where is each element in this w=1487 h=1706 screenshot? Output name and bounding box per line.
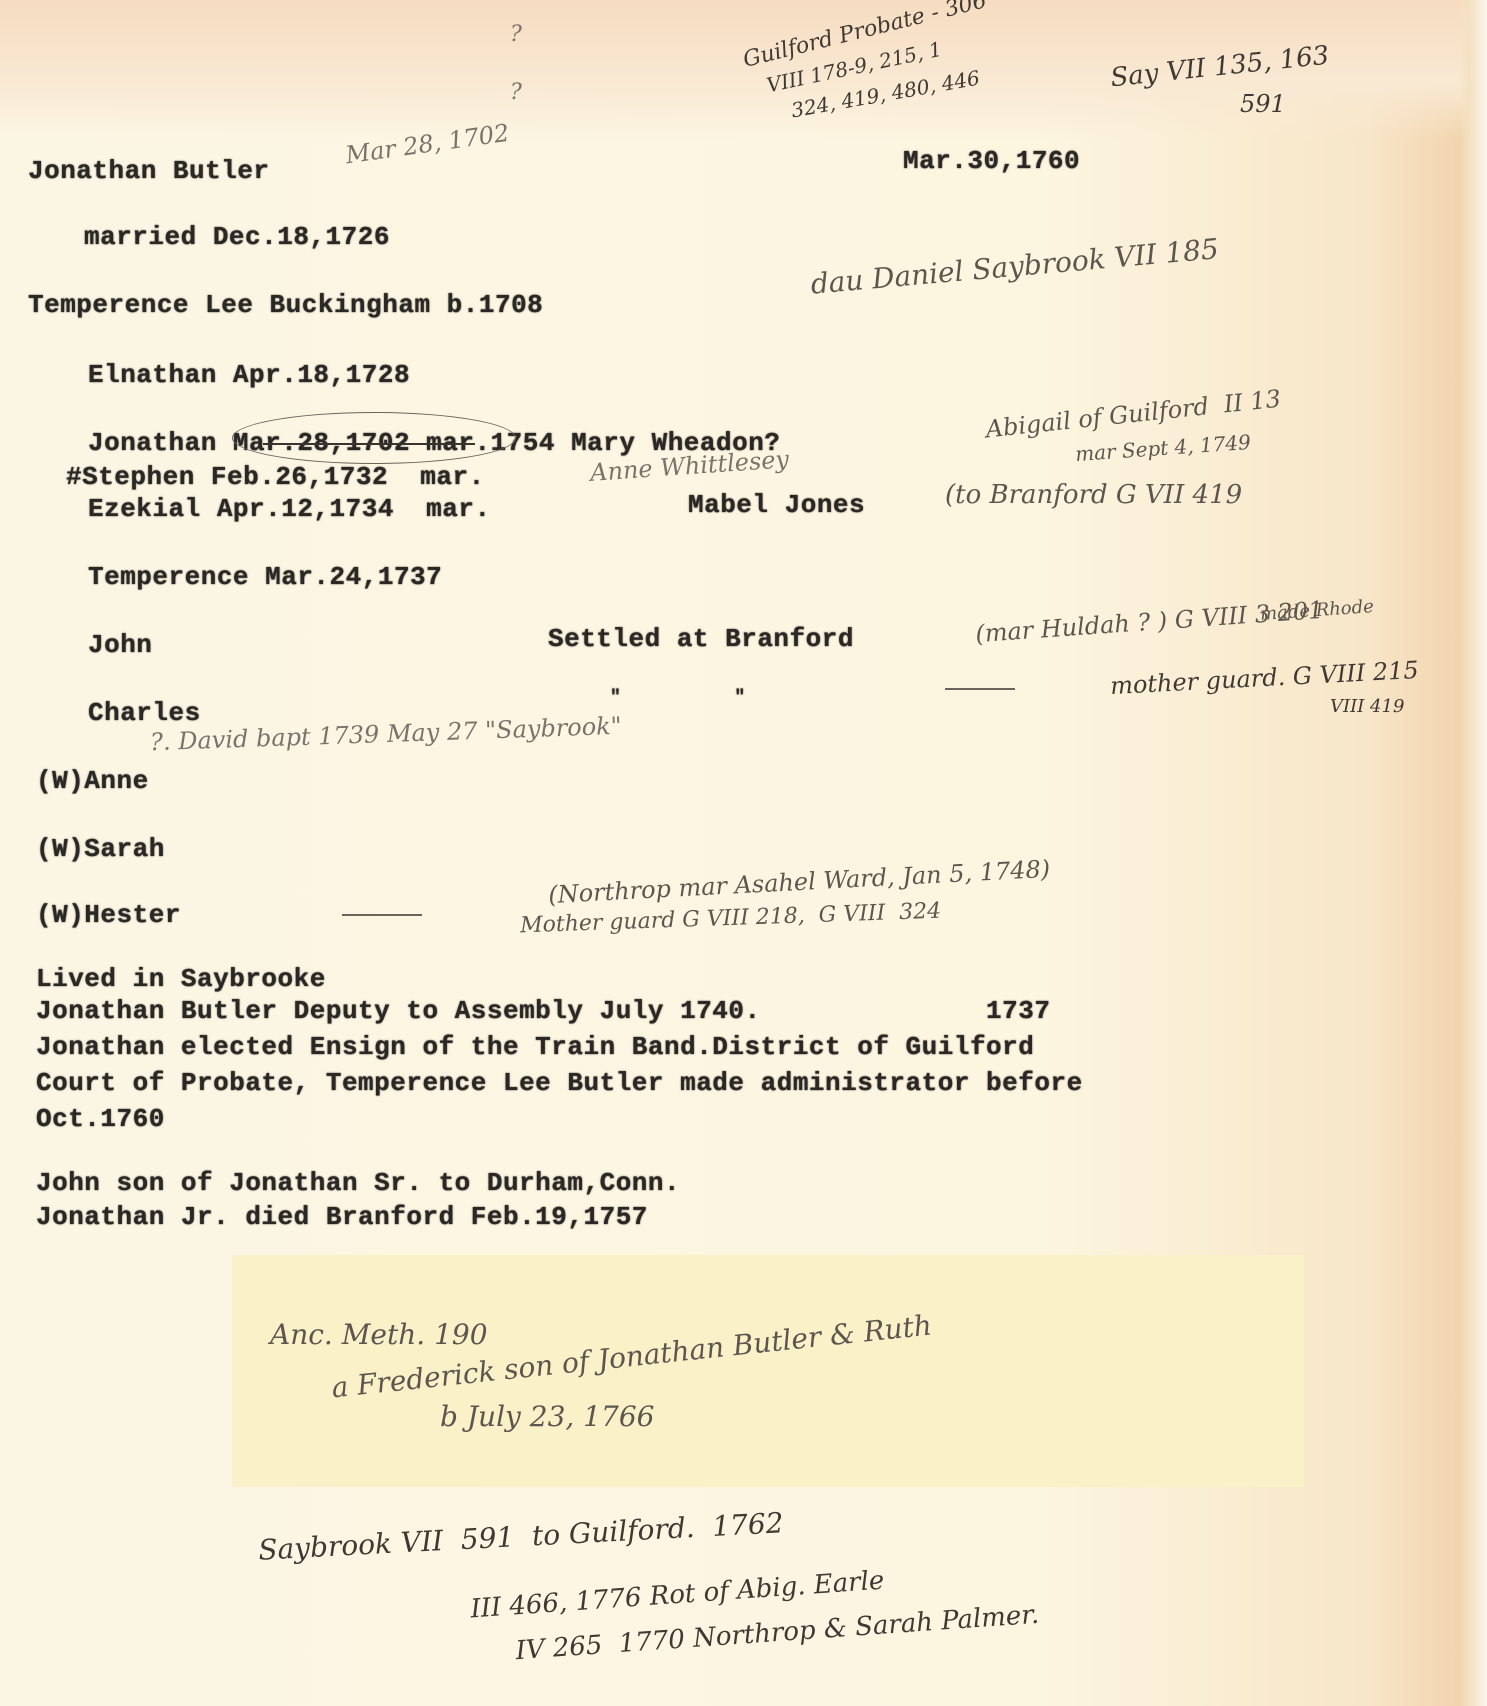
note-line-4: Court of Probate, Temperence Lee Butler … [36, 1068, 1083, 1098]
child-hester: (W)Hester [36, 900, 181, 930]
hw-ezekial-branford: (to Branford G VII 419 [945, 480, 1242, 510]
hw-question-2: ? [510, 80, 522, 105]
john-settled-note: Settled at Branford [548, 624, 854, 654]
hw-bottom-saybrook: Saybrook VII 591 to Guilford. 1762 [257, 1506, 784, 1566]
ezekial-spouse: Mabel Jones [688, 490, 865, 520]
hw-dash-hester [342, 914, 422, 916]
child-temperence: Temperence Mar.24,1737 [88, 562, 442, 592]
note-line-5: Oct.1760 [36, 1104, 165, 1134]
hw-mother-guardian: mother guard. G VIII 215 [1109, 656, 1419, 700]
hw-dash [945, 688, 1015, 690]
child-john: John [88, 630, 152, 660]
hw-question-1: ? [510, 22, 522, 47]
person-name: Jonathan Butler [28, 156, 270, 186]
child-ezekial: Ezekial Apr.12,1734 mar. [88, 494, 491, 524]
hw-mother-guardian-2: VIII 419 [1330, 696, 1404, 717]
child-anne: (W)Anne [36, 766, 149, 796]
marriage-line: married Dec.18,1726 [84, 222, 390, 252]
note-line-3: Jonathan elected Ensign of the Train Ban… [36, 1032, 1034, 1062]
child-stephen: #Stephen Feb.26,1732 mar. [66, 462, 485, 492]
note-line-1: Lived in Saybrooke [36, 964, 326, 994]
spouse-line: Temperence Lee Buckingham b.1708 [28, 290, 543, 320]
pencil-circle [232, 412, 516, 464]
footer-note-1: John son of Jonathan Sr. to Durham,Conn. [36, 1168, 680, 1198]
death-date: Mar.30,1760 [903, 146, 1080, 176]
hw-jonathan-marriage: mar Sept 4, 1749 [1074, 430, 1251, 466]
hw-hester-note-1: (Northrop mar Asahel Ward, Jan 5, 1748) [548, 855, 1051, 909]
child-sarah: (W)Sarah [36, 834, 165, 864]
hw-spouse-father: dau Daniel Saybrook VII 185 [809, 232, 1220, 301]
hw-saybrook-page: 591 [1240, 90, 1286, 118]
child-elnathan: Elnathan Apr.18,1728 [88, 360, 410, 390]
ditto-marks: " " [610, 688, 746, 708]
note-line-2: Jonathan Butler Deputy to Assembly July … [36, 996, 1050, 1026]
footer-note-2: Jonathan Jr. died Branford Feb.19,1757 [36, 1202, 648, 1232]
hw-clip-ref: Anc. Meth. 190 [270, 1318, 488, 1351]
hw-charles-note: ?. David bapt 1739 May 27 "Saybrook" [150, 712, 623, 756]
child-charles: Charles [88, 698, 201, 728]
paper-edge-right [1459, 0, 1487, 1706]
hw-clip-birth: b July 23, 1766 [440, 1400, 654, 1433]
